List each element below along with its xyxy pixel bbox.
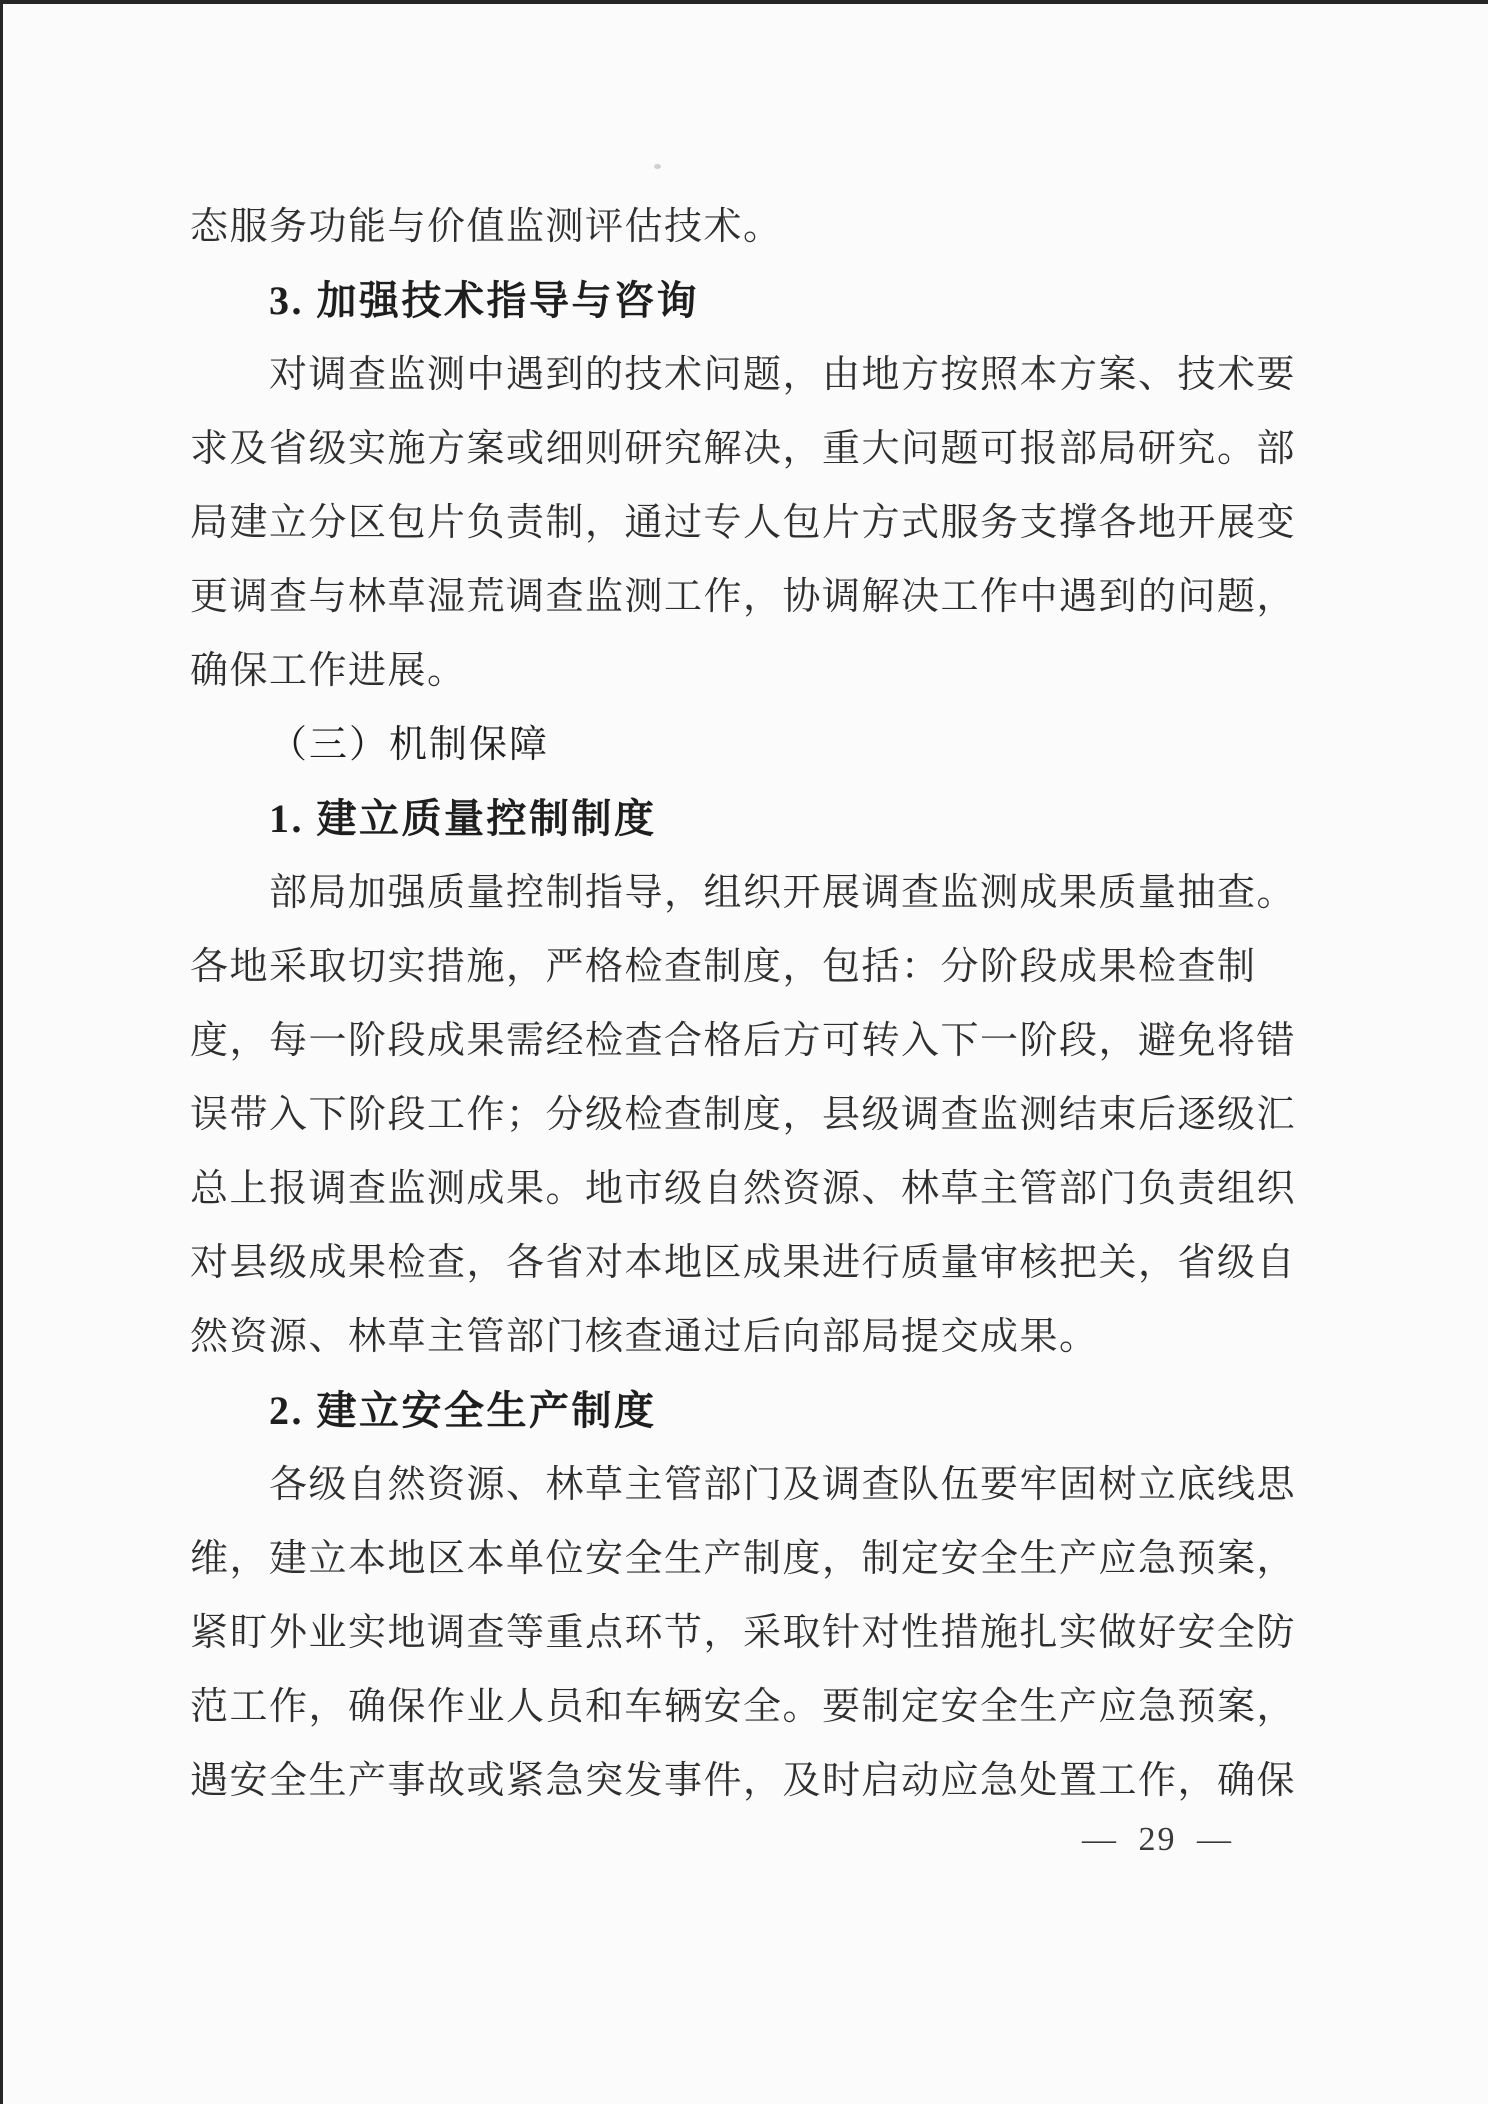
text-line: 遇安全生产事故或紧急突发事件，及时启动应急处置工作，确保 [190,1744,1300,1818]
text-line: 度，每一阶段成果需经检查合格后方可转入下一阶段，避免将错 [190,1004,1300,1078]
subsection-line: （三）机制保障 [190,708,1300,782]
scan-edge-top-line [0,0,1488,4]
page-number: — 29 — [1082,1820,1233,1860]
text-line: 局建立分区包片负责制，通过专人包片方式服务支撑各地开展变 [190,486,1300,560]
text-line: 各地采取切实措施，严格检查制度，包括：分阶段成果检查制 [190,930,1300,1004]
document-text-block: 态服务功能与价值监测评估技术。3. 加强技术指导与咨询对调查监测中遇到的技术问题… [190,190,1300,1818]
heading-line: 1. 建立质量控制制度 [190,782,1300,856]
scan-edge-left-line [0,0,3,2104]
text-line: 部局加强质量控制指导，组织开展调查监测成果质量抽查。 [190,856,1300,930]
text-line: 总上报调查监测成果。地市级自然资源、林草主管部门负责组织 [190,1152,1300,1226]
text-line: 确保工作进展。 [190,634,1300,708]
heading-line: 2. 建立安全生产制度 [190,1374,1300,1448]
text-line: 对县级成果检查，各省对本地区成果进行质量审核把关，省级自 [190,1226,1300,1300]
text-line: 维，建立本地区本单位安全生产制度，制定安全生产应急预案， [190,1522,1300,1596]
text-line: 误带入下阶段工作；分级检查制度，县级调查监测结束后逐级汇 [190,1078,1300,1152]
document-page: 态服务功能与价值监测评估技术。3. 加强技术指导与咨询对调查监测中遇到的技术问题… [0,0,1488,2104]
text-line: 对调查监测中遇到的技术问题，由地方按照本方案、技术要 [190,338,1300,412]
scan-noise-speck [654,164,661,169]
text-line: 紧盯外业实地调查等重点环节，采取针对性措施扎实做好安全防 [190,1596,1300,1670]
text-line: 各级自然资源、林草主管部门及调查队伍要牢固树立底线思 [190,1448,1300,1522]
text-line: 更调查与林草湿荒调查监测工作，协调解决工作中遇到的问题， [190,560,1300,634]
text-line: 范工作，确保作业人员和车辆安全。要制定安全生产应急预案， [190,1670,1300,1744]
text-line: 求及省级实施方案或细则研究解决，重大问题可报部局研究。部 [190,412,1300,486]
text-line: 然资源、林草主管部门核查通过后向部局提交成果。 [190,1300,1300,1374]
text-line: 态服务功能与价值监测评估技术。 [190,190,1300,264]
heading-line: 3. 加强技术指导与咨询 [190,264,1300,338]
